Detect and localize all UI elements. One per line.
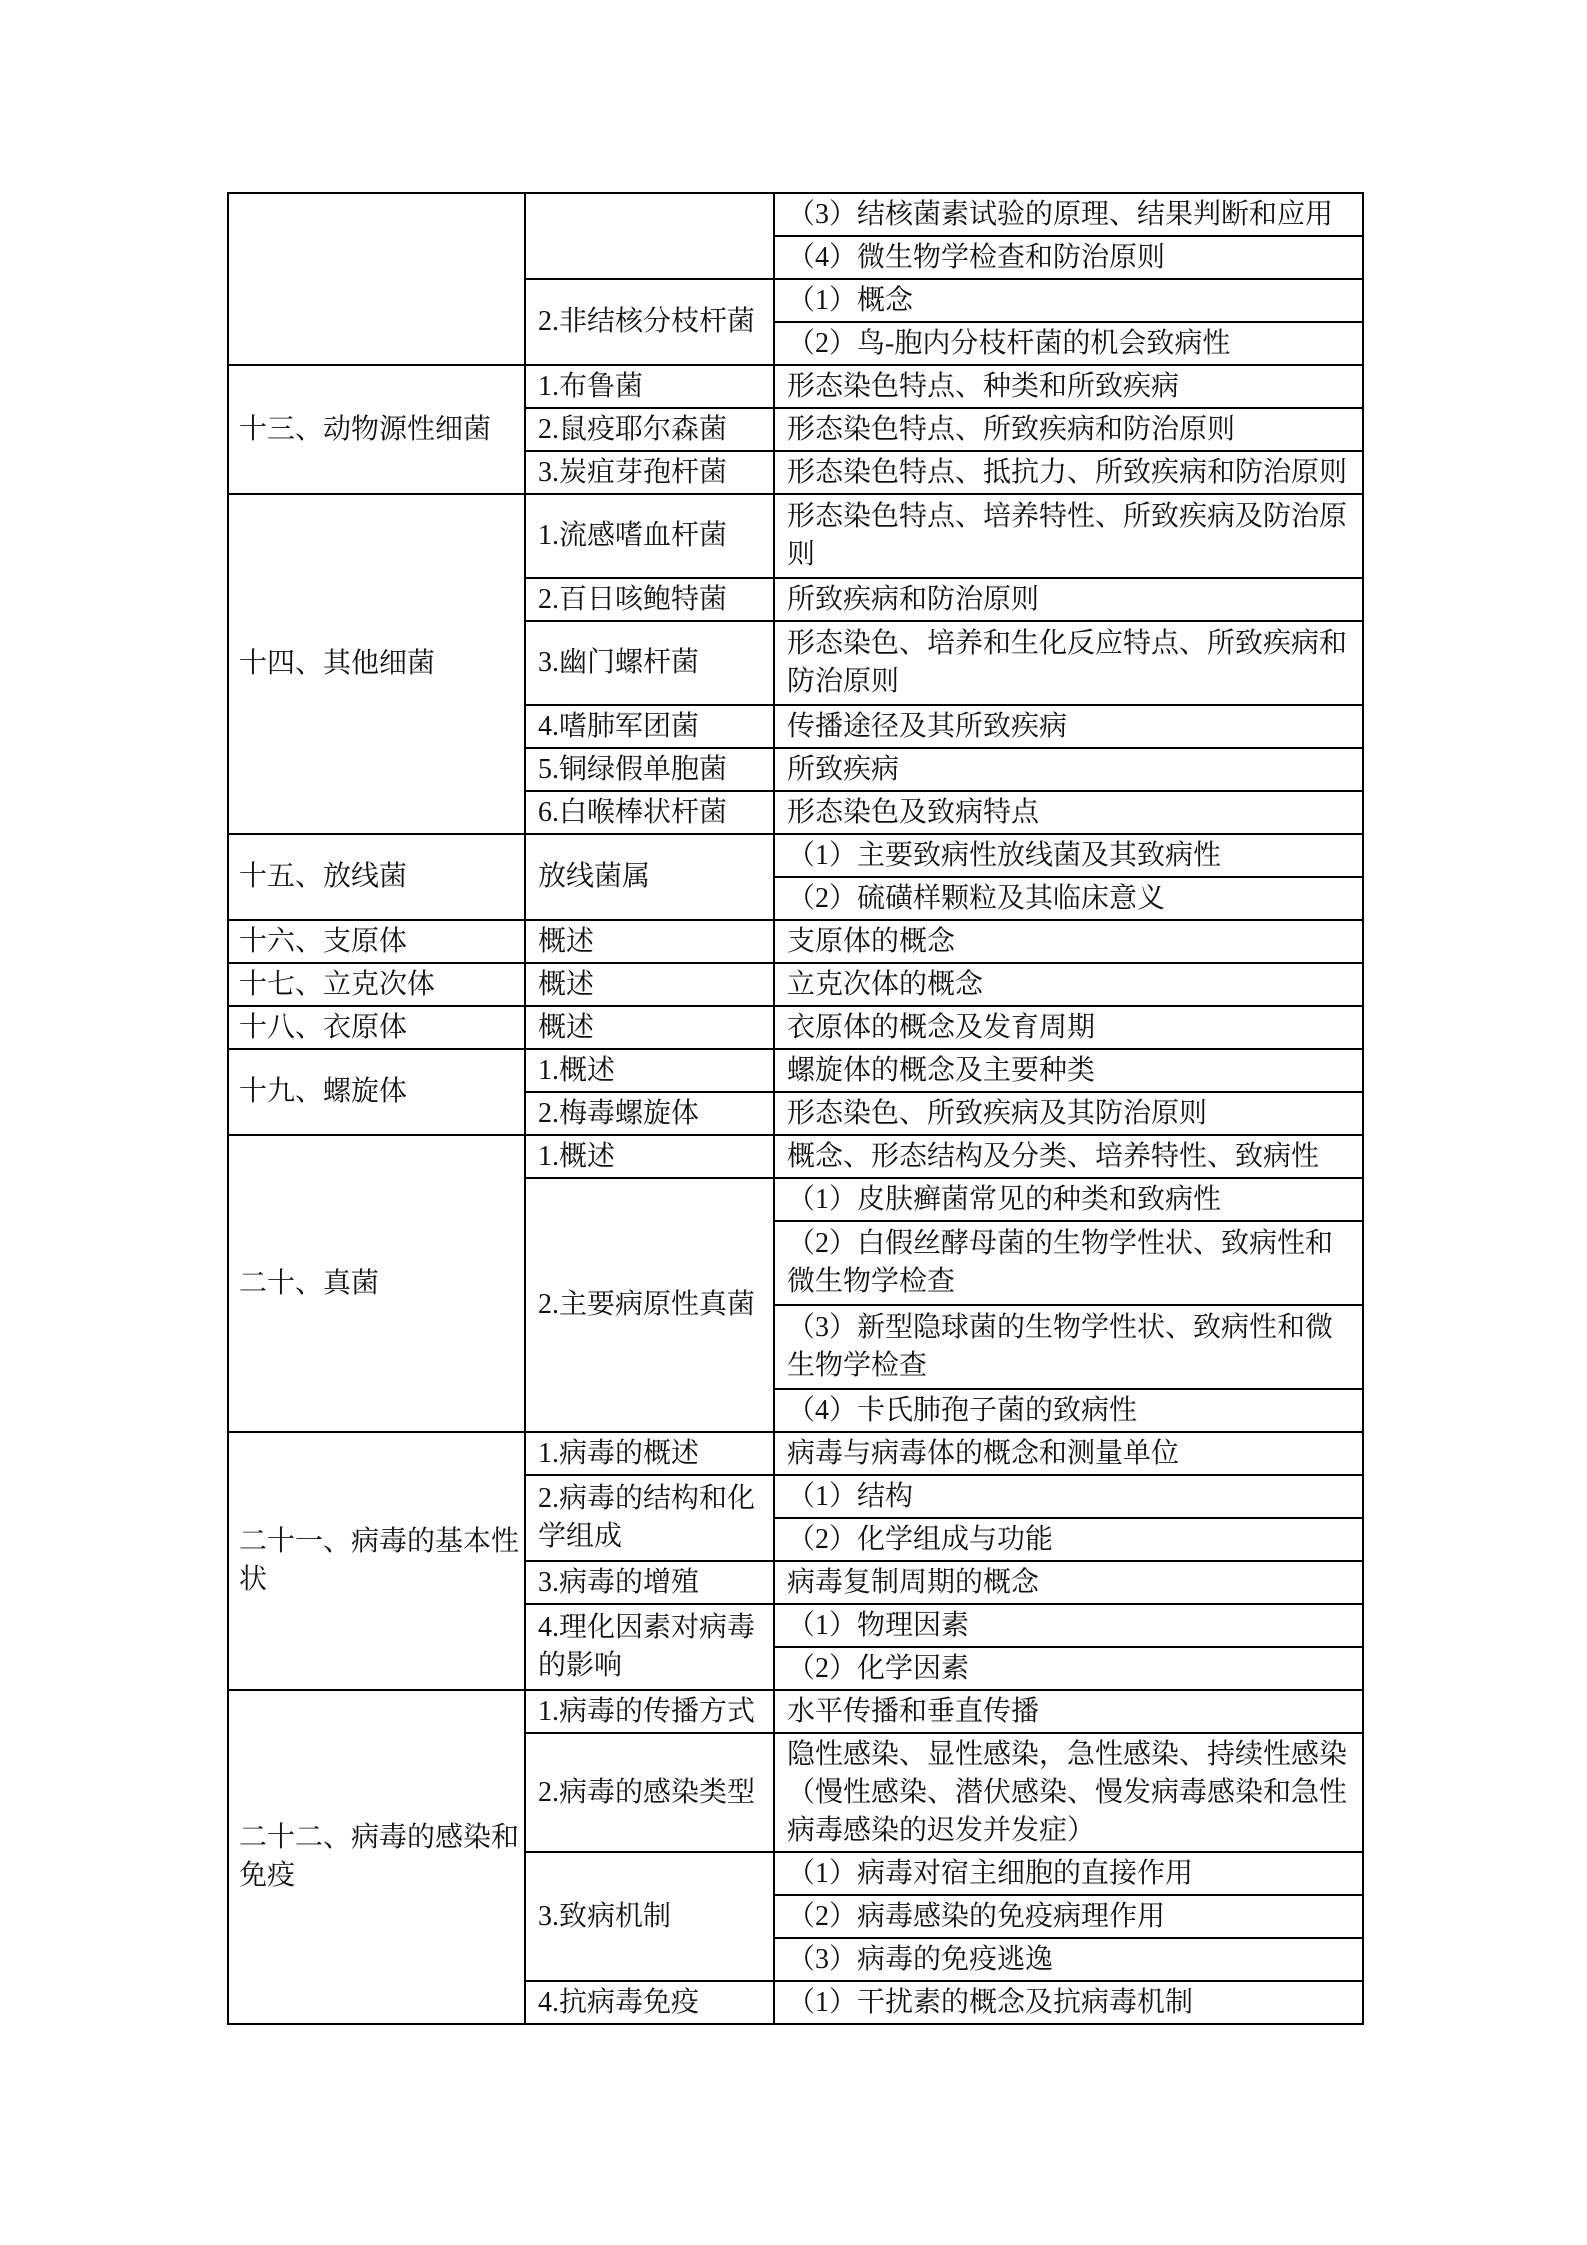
detail-cell: （2）鸟-胞内分枝杆菌的机会致病性	[774, 322, 1363, 365]
detail-cell: 形态染色特点、所致疾病和防治原则	[774, 408, 1363, 451]
table-row: 二十一、病毒的基本性状 1.病毒的概述 病毒与病毒体的概念和测量单位	[228, 1432, 1363, 1475]
syllabus-table: （3）结核菌素试验的原理、结果判断和应用 （4）微生物学检查和防治原则 2.非结…	[227, 192, 1364, 2025]
section-cell: 十七、立克次体	[228, 963, 525, 1006]
detail-cell: 概念、形态结构及分类、培养特性、致病性	[774, 1135, 1363, 1178]
detail-cell: 衣原体的概念及发育周期	[774, 1006, 1363, 1049]
section-cell: 二十二、病毒的感染和免疫	[228, 1690, 525, 2024]
subtopic-cell: 概述	[525, 963, 774, 1006]
detail-cell: （4）微生物学检查和防治原则	[774, 236, 1363, 279]
detail-cell: （1）主要致病性放线菌及其致病性	[774, 834, 1363, 877]
table-row: 十七、立克次体 概述 立克次体的概念	[228, 963, 1363, 1006]
table-row: 十八、衣原体 概述 衣原体的概念及发育周期	[228, 1006, 1363, 1049]
table-row: 十三、动物源性细菌 1.布鲁菌 形态染色特点、种类和所致疾病	[228, 365, 1363, 408]
detail-cell: 病毒与病毒体的概念和测量单位	[774, 1432, 1363, 1475]
subtopic-cell: 放线菌属	[525, 834, 774, 920]
detail-cell: （1）概念	[774, 279, 1363, 322]
subtopic-cell: 1.病毒的传播方式	[525, 1690, 774, 1733]
subtopic-cell: 概述	[525, 1006, 774, 1049]
detail-cell: 形态染色、培养和生化反应特点、所致疾病和防治原则	[774, 621, 1363, 705]
detail-cell: （2）病毒感染的免疫病理作用	[774, 1895, 1363, 1938]
detail-cell: 形态染色特点、培养特性、所致疾病及防治原则	[774, 494, 1363, 578]
subtopic-cell: 2.鼠疫耶尔森菌	[525, 408, 774, 451]
section-cell: 十九、螺旋体	[228, 1049, 525, 1135]
detail-cell: 螺旋体的概念及主要种类	[774, 1049, 1363, 1092]
table-row: （3）结核菌素试验的原理、结果判断和应用	[228, 193, 1363, 236]
detail-cell: （2）硫磺样颗粒及其临床意义	[774, 877, 1363, 920]
section-cell: 十四、其他细菌	[228, 494, 525, 834]
detail-cell: （1）结构	[774, 1475, 1363, 1518]
section-cell: 十五、放线菌	[228, 834, 525, 920]
detail-cell: 所致疾病和防治原则	[774, 578, 1363, 621]
detail-cell: 所致疾病	[774, 748, 1363, 791]
subtopic-cell: 1.病毒的概述	[525, 1432, 774, 1475]
section-cell: 二十、真菌	[228, 1135, 525, 1432]
subtopic-cell: 3.幽门螺杆菌	[525, 621, 774, 705]
subtopic-cell: 4.理化因素对病毒的影响	[525, 1604, 774, 1690]
subtopic-cell: 2.梅毒螺旋体	[525, 1092, 774, 1135]
detail-cell: 形态染色及致病特点	[774, 791, 1363, 834]
detail-cell: 立克次体的概念	[774, 963, 1363, 1006]
section-cell: 二十一、病毒的基本性状	[228, 1432, 525, 1690]
subtopic-cell: 1.概述	[525, 1135, 774, 1178]
subtopic-cell: 3.炭疽芽孢杆菌	[525, 451, 774, 494]
subtopic-cell: 2.病毒的结构和化学组成	[525, 1475, 774, 1561]
detail-cell: （2）化学因素	[774, 1647, 1363, 1690]
subtopic-cell-empty	[525, 193, 774, 279]
subtopic-cell: 1.布鲁菌	[525, 365, 774, 408]
subtopic-cell: 4.抗病毒免疫	[525, 1981, 774, 2024]
table-row: 二十二、病毒的感染和免疫 1.病毒的传播方式 水平传播和垂直传播	[228, 1690, 1363, 1733]
detail-cell: （4）卡氏肺孢子菌的致病性	[774, 1389, 1363, 1432]
document-page: （3）结核菌素试验的原理、结果判断和应用 （4）微生物学检查和防治原则 2.非结…	[0, 0, 1587, 2245]
detail-cell: （1）皮肤癣菌常见的种类和致病性	[774, 1178, 1363, 1221]
subtopic-cell: 5.铜绿假单胞菌	[525, 748, 774, 791]
subtopic-cell: 2.非结核分枝杆菌	[525, 279, 774, 365]
detail-cell: 形态染色特点、种类和所致疾病	[774, 365, 1363, 408]
subtopic-cell: 2.百日咳鲍特菌	[525, 578, 774, 621]
detail-cell: 支原体的概念	[774, 920, 1363, 963]
subtopic-cell: 2.主要病原性真菌	[525, 1178, 774, 1432]
section-cell: 十八、衣原体	[228, 1006, 525, 1049]
detail-cell: 病毒复制周期的概念	[774, 1561, 1363, 1604]
section-cell: 十三、动物源性细菌	[228, 365, 525, 494]
detail-cell: 水平传播和垂直传播	[774, 1690, 1363, 1733]
section-cell: 十六、支原体	[228, 920, 525, 963]
detail-cell: （3）病毒的免疫逃逸	[774, 1938, 1363, 1981]
subtopic-cell: 3.致病机制	[525, 1852, 774, 1981]
table-row: 十五、放线菌 放线菌属 （1）主要致病性放线菌及其致病性	[228, 834, 1363, 877]
detail-cell: 形态染色、所致疾病及其防治原则	[774, 1092, 1363, 1135]
detail-cell: 形态染色特点、抵抗力、所致疾病和防治原则	[774, 451, 1363, 494]
table-row: 二十、真菌 1.概述 概念、形态结构及分类、培养特性、致病性	[228, 1135, 1363, 1178]
detail-cell: （1）物理因素	[774, 1604, 1363, 1647]
detail-cell: （2）白假丝酵母菌的生物学性状、致病性和微生物学检查	[774, 1221, 1363, 1305]
detail-cell: （2）化学组成与功能	[774, 1518, 1363, 1561]
subtopic-cell: 6.白喉棒状杆菌	[525, 791, 774, 834]
detail-cell: 隐性感染、显性感染，急性感染、持续性感染（慢性感染、潜伏感染、慢发病毒感染和急性…	[774, 1733, 1363, 1852]
section-cell-empty	[228, 193, 525, 365]
subtopic-cell: 4.嗜肺军团菌	[525, 705, 774, 748]
table-row: 十四、其他细菌 1.流感嗜血杆菌 形态染色特点、培养特性、所致疾病及防治原则	[228, 494, 1363, 578]
subtopic-cell: 2.病毒的感染类型	[525, 1733, 774, 1852]
subtopic-cell: 1.概述	[525, 1049, 774, 1092]
subtopic-cell: 概述	[525, 920, 774, 963]
subtopic-cell: 1.流感嗜血杆菌	[525, 494, 774, 578]
detail-cell: （3）结核菌素试验的原理、结果判断和应用	[774, 193, 1363, 236]
table-row: 十九、螺旋体 1.概述 螺旋体的概念及主要种类	[228, 1049, 1363, 1092]
table-row: 十六、支原体 概述 支原体的概念	[228, 920, 1363, 963]
detail-cell: （1）干扰素的概念及抗病毒机制	[774, 1981, 1363, 2024]
detail-cell: （1）病毒对宿主细胞的直接作用	[774, 1852, 1363, 1895]
detail-cell: （3）新型隐球菌的生物学性状、致病性和微生物学检查	[774, 1305, 1363, 1389]
detail-cell: 传播途径及其所致疾病	[774, 705, 1363, 748]
subtopic-cell: 3.病毒的增殖	[525, 1561, 774, 1604]
